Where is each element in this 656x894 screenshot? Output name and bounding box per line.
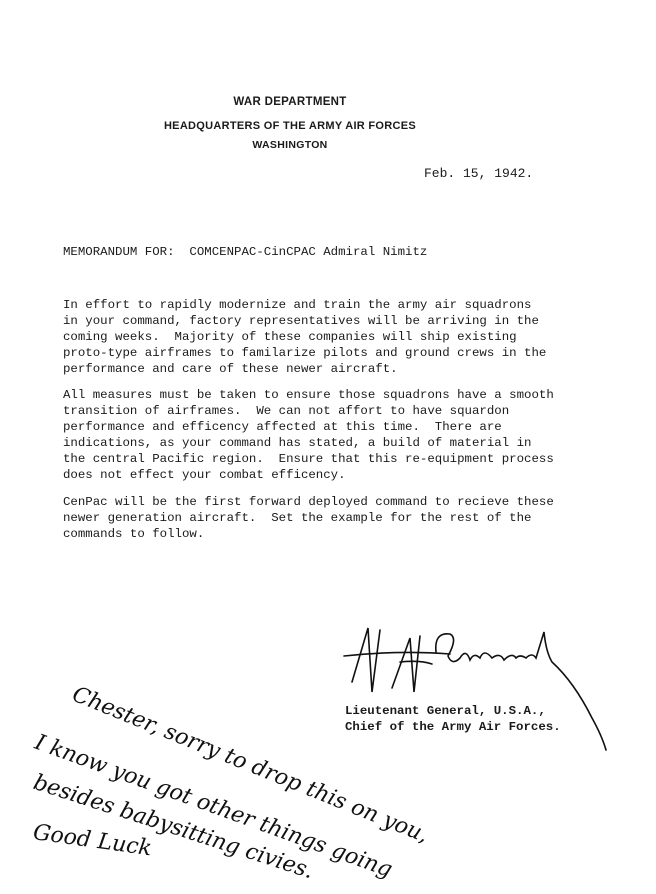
letterhead-city: WASHINGTON: [0, 139, 580, 151]
signature-title: Lieutenant General, U.S.A., Chief of the…: [345, 703, 561, 735]
signature-image: [340, 622, 620, 767]
body-paragraph-3: CenPac will be the first forward deploye…: [63, 494, 554, 542]
body-paragraph-1: In effort to rapidly modernize and train…: [63, 297, 546, 377]
letterhead-headquarters: HEADQUARTERS OF THE ARMY AIR FORCES: [0, 120, 580, 132]
document-date: Feb. 15, 1942.: [424, 166, 533, 182]
memo-recipient: MEMORANDUM FOR: COMCENPAC-CinCPAC Admira…: [63, 244, 427, 260]
body-paragraph-2: All measures must be taken to ensure tho…: [63, 387, 554, 483]
letterhead-department: WAR DEPARTMENT: [0, 96, 580, 108]
